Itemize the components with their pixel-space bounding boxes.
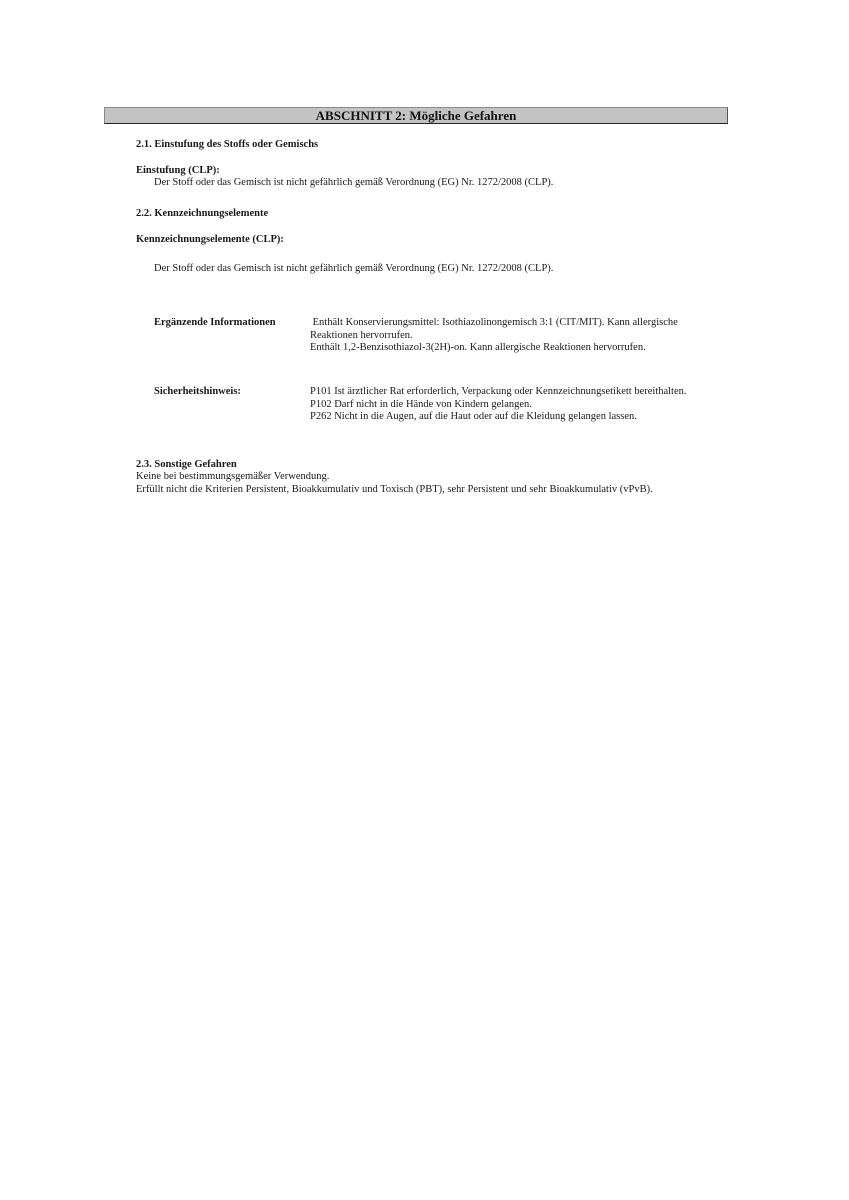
einstufung-clp-label: Einstufung (CLP): xyxy=(136,165,220,178)
section-title: ABSCHNITT 2: Mögliche Gefahren xyxy=(316,108,517,123)
other-hazards-line: Keine bei bestimmungsgemäßer Verwendung. xyxy=(136,471,329,484)
heading-2-1: 2.1. Einstufung des Stoffs oder Gemischs xyxy=(136,139,318,152)
supplementary-line: Reaktionen hervorrufen. xyxy=(310,330,730,343)
other-hazards-line: Erfüllt nicht die Kriterien Persistent, … xyxy=(136,484,653,497)
supplementary-line: Enthält 1,2-Benzisothiazol-3(2H)-on. Kan… xyxy=(310,342,730,355)
kennzeichnung-clp-label: Kennzeichnungselemente (CLP): xyxy=(136,234,284,247)
heading-2-3: 2.3. Sonstige Gefahren xyxy=(136,459,237,472)
supplementary-info-label: Ergänzende Informationen xyxy=(154,317,276,330)
supplementary-info-text: Enthält Konservierungsmittel: Isothiazol… xyxy=(310,317,730,355)
supplementary-line: Enthält Konservierungsmittel: Isothiazol… xyxy=(310,317,730,330)
precautionary-line-p101: P101 Ist ärztlicher Rat erforderlich, Ve… xyxy=(310,386,730,399)
precautionary-line-p262: P262 Nicht in die Augen, auf die Haut od… xyxy=(310,411,730,424)
precautionary-text: P101 Ist ärztlicher Rat erforderlich, Ve… xyxy=(310,386,730,424)
section-header: ABSCHNITT 2: Mögliche Gefahren xyxy=(104,107,728,124)
heading-2-2: 2.2. Kennzeichnungselemente xyxy=(136,208,268,221)
einstufung-clp-text: Der Stoff oder das Gemisch ist nicht gef… xyxy=(154,177,553,190)
precautionary-line-p102: P102 Darf nicht in die Hände von Kindern… xyxy=(310,399,730,412)
kennzeichnung-clp-text: Der Stoff oder das Gemisch ist nicht gef… xyxy=(154,263,553,276)
precautionary-label: Sicherheitshinweis: xyxy=(154,386,241,399)
